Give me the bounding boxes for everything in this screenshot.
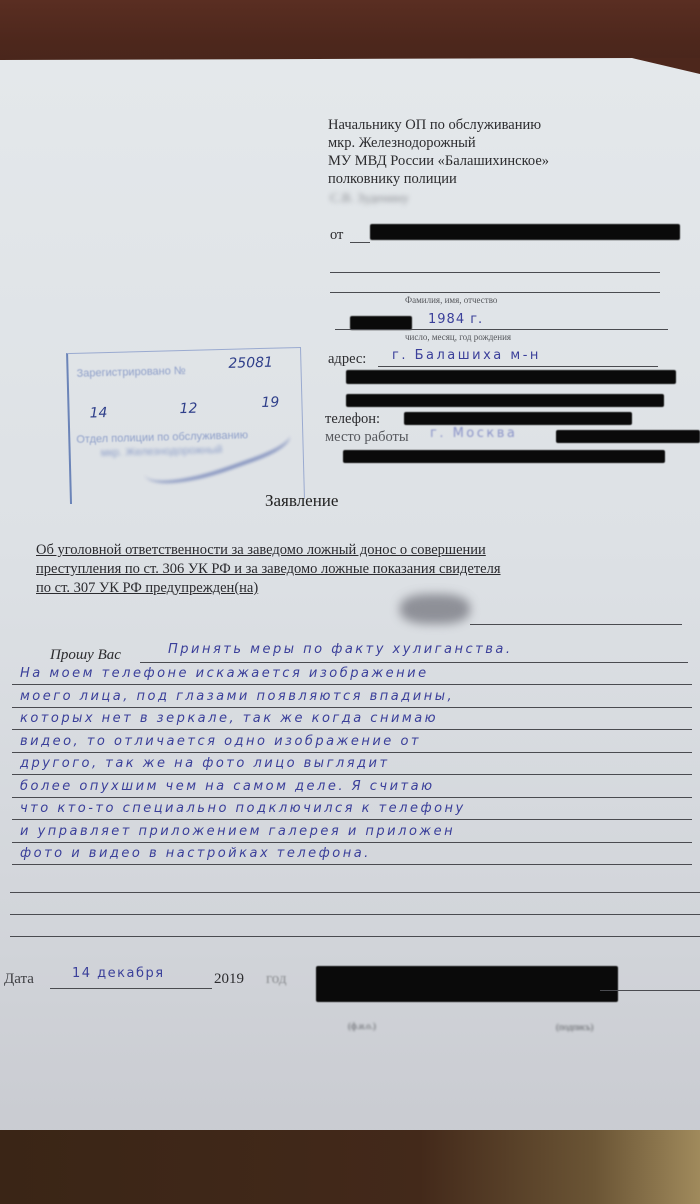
- from-label: от: [330, 226, 343, 244]
- work-handwritten: г. Москва: [430, 426, 517, 441]
- body-line: [10, 892, 700, 893]
- body-line: [12, 864, 692, 865]
- warning-line-2: преступления по ст. 306 УК РФ и за завед…: [36, 560, 501, 579]
- date-line: [50, 988, 212, 989]
- redacted-workplace: [556, 430, 700, 443]
- form-line: [330, 272, 660, 273]
- addressee-line-2: мкр. Железнодорожный: [328, 134, 476, 152]
- redacted-address-1: [346, 370, 676, 384]
- body-text-line-10: фото и видео в настройках телефона.: [20, 846, 371, 861]
- body-text-line-6: другого, так же на фото лицо выглядит: [20, 756, 390, 771]
- body-line: [12, 774, 692, 775]
- document-title: Заявление: [265, 491, 338, 511]
- from-underline: [350, 242, 370, 243]
- body-line: [10, 914, 700, 915]
- date-handwritten: 14 декабря: [72, 966, 165, 981]
- address-label: адрес:: [328, 350, 366, 368]
- body-line: [12, 842, 692, 843]
- form-line: [330, 292, 660, 293]
- body-text-line-1: Принять меры по факту хулиганства.: [168, 642, 512, 657]
- caption-signature: (подпись): [556, 1022, 593, 1032]
- redacted-birth-date: [350, 316, 412, 330]
- caption-fio: Фамилия, имя, отчество: [405, 295, 497, 305]
- date-label: Дата: [4, 970, 34, 988]
- body-text-line-8: что кто-то специально подключился к теле…: [20, 801, 466, 816]
- body-text-line-4: которых нет в зеркале, так же когда сним…: [20, 711, 438, 726]
- body-line: [12, 729, 692, 730]
- request-label: Прошу Вас: [50, 646, 121, 664]
- body-line: [12, 797, 692, 798]
- applicant-signature-blurred: [400, 594, 470, 624]
- body-text-line-7: более опухшим чем на самом деле. Я счита…: [20, 779, 435, 794]
- addressee-line-3: МУ МВД России «Балашихинское»: [328, 152, 549, 170]
- table-surface-bottom: [0, 1130, 700, 1204]
- form-line: [378, 366, 658, 367]
- phone-label: телефон:: [325, 410, 380, 428]
- stamp-month: 12: [179, 401, 197, 417]
- stamp-registered-number: 25081: [228, 355, 273, 372]
- address-handwritten: г. Балашиха м-н: [392, 348, 541, 363]
- signature-line: [470, 624, 682, 625]
- official-signature: [138, 406, 294, 497]
- body-line: [10, 936, 700, 937]
- stamp-year: 19: [261, 395, 279, 411]
- body-line: [140, 662, 688, 663]
- redacted-phone: [404, 412, 632, 425]
- redacted-applicant-name: [316, 966, 618, 1002]
- body-line: [12, 684, 692, 685]
- birth-year-handwritten: 1984 г.: [428, 312, 483, 327]
- body-line: [12, 752, 692, 753]
- date-year: 2019: [214, 970, 244, 988]
- signature-line: [600, 990, 700, 991]
- stamp-registered-label: Зарегистрировано №: [76, 365, 185, 380]
- body-text-line-9: и управляет приложением галерея и прилож…: [20, 824, 455, 839]
- addressee-line-1: Начальнику ОП по обслуживанию: [328, 116, 541, 134]
- addressee-line-4: полковнику полиции: [328, 170, 457, 188]
- caption-fio-bottom: (ф.и.о.): [348, 1021, 376, 1031]
- liability-warning: Об уголовной ответственности за заведомо…: [36, 541, 501, 598]
- redacted-name: [370, 224, 680, 240]
- caption-birth: число, месяц, год рождения: [405, 332, 511, 342]
- body-line: [12, 819, 692, 820]
- body-line: [12, 707, 692, 708]
- stamp-day: 14: [89, 405, 107, 421]
- warning-line-1: Об уголовной ответственности за заведомо…: [36, 541, 501, 560]
- body-text-line-3: моего лица, под глазами появляются впади…: [20, 689, 454, 704]
- registration-stamp: Зарегистрировано № 25081 14 12 19 Отдел …: [66, 347, 305, 504]
- body-text-line-5: видео, то отличается одно изображение от: [20, 734, 421, 749]
- form-line: [335, 329, 668, 330]
- redacted-address-2: [346, 394, 664, 407]
- redacted-work-address: [343, 450, 665, 463]
- body-text-line-2: На моем телефоне искажается изображение: [20, 666, 429, 681]
- work-label: место работы: [325, 428, 409, 446]
- date-year-suffix: год: [266, 970, 286, 988]
- document-sheet: Начальнику ОП по обслуживанию мкр. Желез…: [0, 58, 700, 1140]
- addressee-name-blurred: С.В. Зуденину: [330, 190, 409, 206]
